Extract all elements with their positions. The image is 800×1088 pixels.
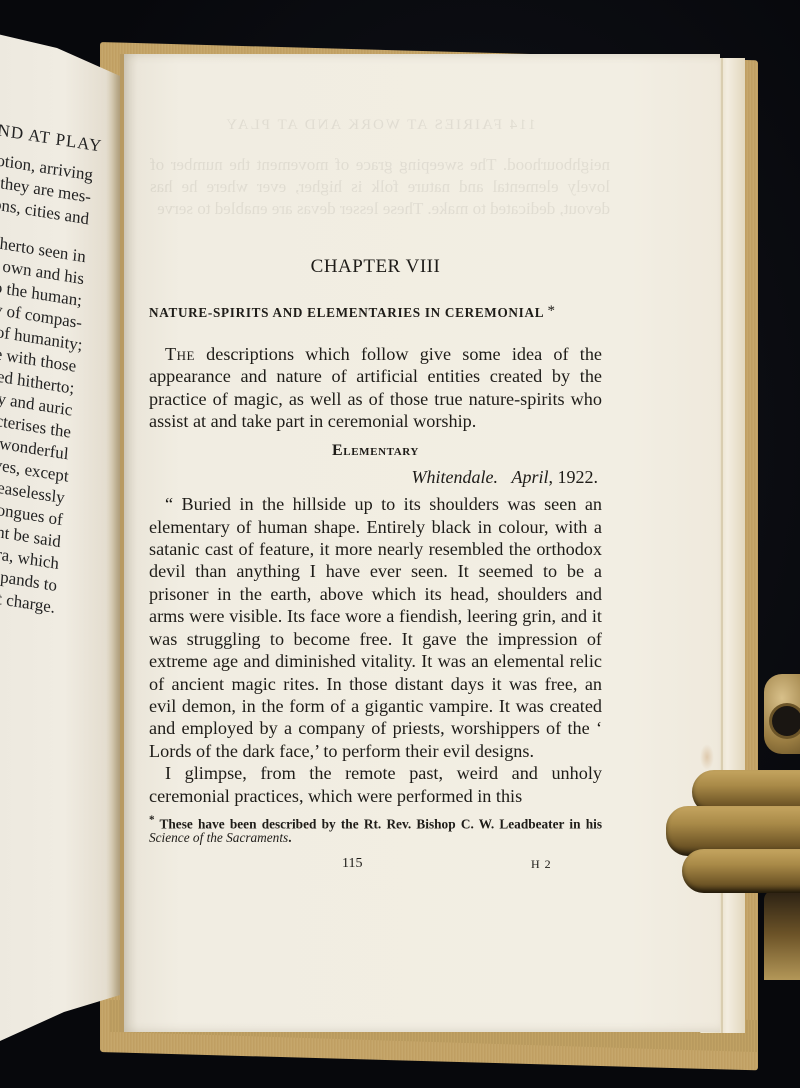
left-running-head: AND AT PLAY [0,110,96,157]
footnote-end: . [288,830,291,845]
left-page: AND AT PLAY nstant motion, arriving prob… [0,20,120,1050]
footnote-marker: * [547,303,555,319]
footnote: * These have been described by the Rt. R… [149,813,602,845]
chapter-title: CHAPTER VIII [149,256,602,278]
body-paragraph-2: I glimpse, from the remote past, weird a… [149,762,602,807]
footnote-book-title: Science of the Sacraments [149,830,288,845]
dateline: Whitendale. April, 1922. [149,466,598,488]
clip-finger [682,849,800,893]
right-page: 114 FAIRIES AT WORK AND AT PLAY neighbou… [120,54,720,1032]
dateline-place: Whitendale. [412,467,498,487]
clip-screw-hole [772,706,800,736]
page-number: 115 [342,853,362,875]
intro-lead-word: The [165,344,195,364]
intro-text: descriptions which follow give some idea… [149,344,602,431]
intro-paragraph: The descriptions which follow give some … [149,343,602,433]
show-through-text: 114 FAIRIES AT WORK AND AT PLAY neighbou… [150,114,610,220]
footnote-text: These have been described by the Rt. Rev… [155,816,602,831]
dateline-month: April [511,467,548,487]
show-through-body: neighbourhood. The sweeping grace of mov… [150,154,610,220]
page-footer: 115 H 2 [149,853,602,875]
signature-mark: H 2 [531,853,552,875]
show-through-head: 114 FAIRIES AT WORK AND AT PLAY [150,114,610,136]
dateline-year: , 1922. [549,467,599,487]
brass-hand-clip [664,674,800,984]
left-page-text: AND AT PLAY nstant motion, arriving prob… [0,110,96,619]
page-text: CHAPTER VIII NATURE-SPIRITS AND ELEMENTA… [149,256,602,875]
section-heading: Elementary [149,440,602,462]
body-paragraph-1: “ Buried in the hillside up to its shoul… [149,493,602,762]
clip-base [764,890,800,980]
photo-scene: 114 FAIRIES AT WORK AND AT PLAY neighbou… [0,0,800,1088]
chapter-subtitle-text: NATURE-SPIRITS AND ELEMENTARIES IN CEREM… [149,305,543,320]
chapter-subtitle: NATURE-SPIRITS AND ELEMENTARIES IN CEREM… [149,300,602,324]
